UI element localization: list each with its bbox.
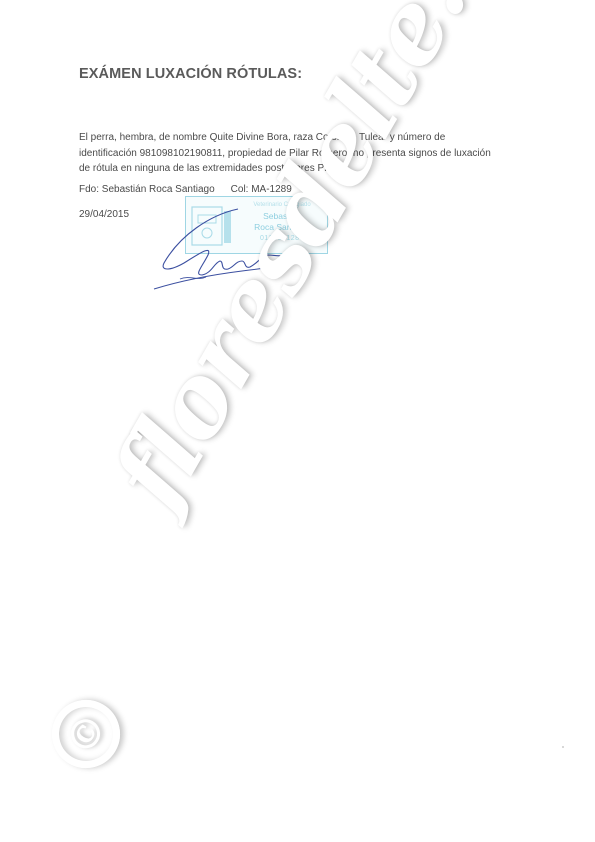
document-date: 29/04/2015 — [79, 209, 129, 220]
scan-speck — [562, 746, 564, 748]
signer-name: Fdo: Sebastián Roca Santiago — [79, 184, 215, 195]
watermark: floresdelte.com © — [0, 0, 595, 842]
body-line: de rótula en ninguna de las extremidades… — [79, 161, 519, 177]
college-number: Col: MA-1289 — [231, 184, 292, 195]
exam-description: El perra, hembra, de nombre Quite Divine… — [79, 130, 519, 177]
signer-line: Fdo: Sebastián Roca SantiagoCol: MA-1289 — [79, 184, 292, 195]
body-line: El perra, hembra, de nombre Quite Divine… — [79, 130, 519, 146]
copyright-icon: © — [40, 688, 133, 781]
handwritten-signature — [150, 205, 290, 295]
body-line: identificación 981098102190811, propieda… — [79, 146, 519, 162]
document-title: EXÁMEN LUXACIÓN RÓTULAS: — [79, 66, 302, 82]
